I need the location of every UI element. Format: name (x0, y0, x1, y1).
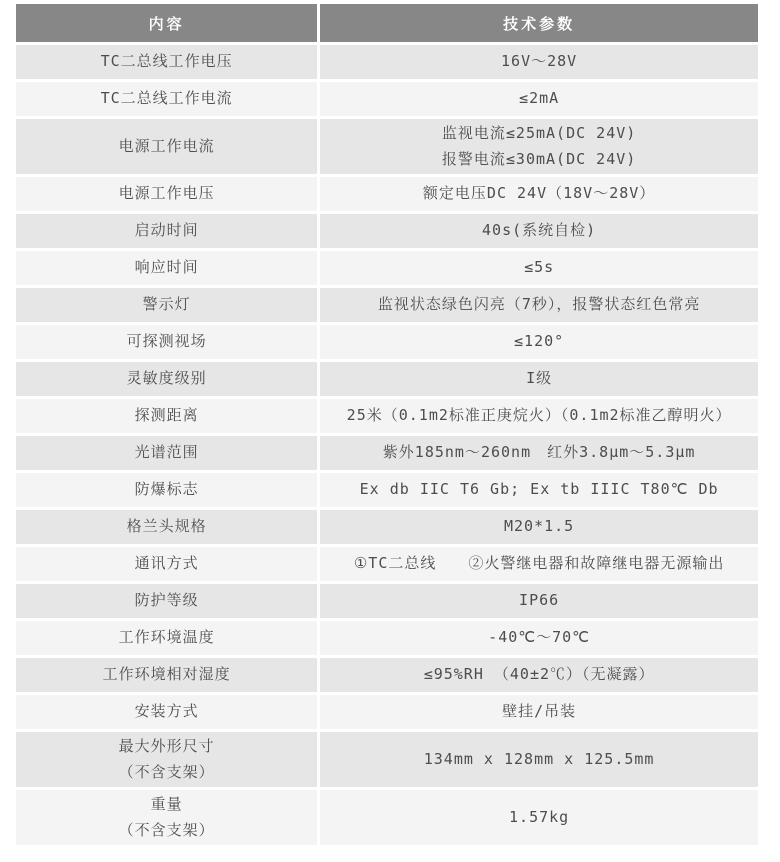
table-row: 通讯方式 ①TC二总线 ②火警继电器和故障继电器无源输出 (16, 547, 758, 581)
header-row: 内容 技术参数 (16, 4, 758, 42)
table-row: 电源工作电压 额定电压DC 24V（18V～28V） (16, 177, 758, 211)
table-row: 工作环境温度 -40℃～70℃ (16, 621, 758, 655)
table-row: 安装方式 壁挂/吊装 (16, 695, 758, 729)
table-row: 启动时间 40s(系统自检) (16, 214, 758, 248)
table-row: TC二总线工作电流 ≤2mA (16, 82, 758, 116)
spec-label: 防护等级 (16, 584, 317, 618)
spec-value: ①TC二总线 ②火警继电器和故障继电器无源输出 (320, 547, 758, 581)
spec-label: TC二总线工作电流 (16, 82, 317, 116)
spec-label: 启动时间 (16, 214, 317, 248)
table-row: 工作环境相对湿度 ≤95%RH （40±2℃）（无凝露） (16, 658, 758, 692)
table-row: TC二总线工作电压 16V～28V (16, 45, 758, 79)
spec-value: 额定电压DC 24V（18V～28V） (320, 177, 758, 211)
spec-value: 监视状态绿色闪亮（7秒），报警状态红色常亮 (320, 288, 758, 322)
spec-label: 灵敏度级别 (16, 362, 317, 396)
table-row: 格兰头规格 M20*1.5 (16, 510, 758, 544)
spec-value: 紫外185nm～260nm 红外3.8μm～5.3μm (320, 436, 758, 470)
spec-value: ≤120° (320, 325, 758, 359)
spec-table: 内容 技术参数 TC二总线工作电压 16V～28V TC二总线工作电流 ≤2mA… (13, 1, 761, 848)
spec-value: IP66 (320, 584, 758, 618)
spec-value: 1.57kg (320, 790, 758, 845)
spec-label: 防爆标志 (16, 473, 317, 507)
spec-value: 监视电流≤25mA(DC 24V) 报警电流≤30mA(DC 24V) (320, 119, 758, 174)
spec-value: 16V～28V (320, 45, 758, 79)
spec-value: ≤5s (320, 251, 758, 285)
table-header: 内容 技术参数 (16, 4, 758, 42)
spec-value: M20*1.5 (320, 510, 758, 544)
table-row: 可探测视场 ≤120° (16, 325, 758, 359)
spec-label: 格兰头规格 (16, 510, 317, 544)
spec-value: I级 (320, 362, 758, 396)
table-row: 光谱范围 紫外185nm～260nm 红外3.8μm～5.3μm (16, 436, 758, 470)
spec-label: 探测距离 (16, 399, 317, 433)
table-body: TC二总线工作电压 16V～28V TC二总线工作电流 ≤2mA 电源工作电流 … (16, 45, 758, 845)
column-header-parameters: 技术参数 (320, 4, 758, 42)
spec-value: Ex db IIC T6 Gb; Ex tb IIIC T80℃ Db (320, 473, 758, 507)
spec-value: -40℃～70℃ (320, 621, 758, 655)
table-row: 响应时间 ≤5s (16, 251, 758, 285)
table-row: 探测距离 25米（0.1m2标准正庚烷火）（0.1m2标准乙醇明火） (16, 399, 758, 433)
spec-label: 最大外形尺寸 （不含支架） (16, 732, 317, 787)
spec-sheet-page: 内容 技术参数 TC二总线工作电压 16V～28V TC二总线工作电流 ≤2mA… (0, 0, 780, 862)
spec-label: 重量 （不含支架） (16, 790, 317, 845)
spec-label: 响应时间 (16, 251, 317, 285)
table-row: 防爆标志 Ex db IIC T6 Gb; Ex tb IIIC T80℃ Db (16, 473, 758, 507)
table-row: 防护等级 IP66 (16, 584, 758, 618)
table-row: 警示灯 监视状态绿色闪亮（7秒），报警状态红色常亮 (16, 288, 758, 322)
spec-label: 光谱范围 (16, 436, 317, 470)
spec-value: 壁挂/吊装 (320, 695, 758, 729)
spec-value: 25米（0.1m2标准正庚烷火）（0.1m2标准乙醇明火） (320, 399, 758, 433)
spec-value: ≤2mA (320, 82, 758, 116)
spec-label: 可探测视场 (16, 325, 317, 359)
table-row: 最大外形尺寸 （不含支架） 134mm x 128mm x 125.5mm (16, 732, 758, 787)
table-row: 灵敏度级别 I级 (16, 362, 758, 396)
spec-label: 安装方式 (16, 695, 317, 729)
spec-label: TC二总线工作电压 (16, 45, 317, 79)
spec-label: 电源工作电压 (16, 177, 317, 211)
spec-label: 工作环境温度 (16, 621, 317, 655)
spec-label: 警示灯 (16, 288, 317, 322)
spec-value: ≤95%RH （40±2℃）（无凝露） (320, 658, 758, 692)
spec-label: 工作环境相对湿度 (16, 658, 317, 692)
spec-value: 40s(系统自检) (320, 214, 758, 248)
spec-value: 134mm x 128mm x 125.5mm (320, 732, 758, 787)
spec-label: 通讯方式 (16, 547, 317, 581)
column-header-content: 内容 (16, 4, 317, 42)
table-row: 电源工作电流 监视电流≤25mA(DC 24V) 报警电流≤30mA(DC 24… (16, 119, 758, 174)
table-row: 重量 （不含支架） 1.57kg (16, 790, 758, 845)
spec-label: 电源工作电流 (16, 119, 317, 174)
